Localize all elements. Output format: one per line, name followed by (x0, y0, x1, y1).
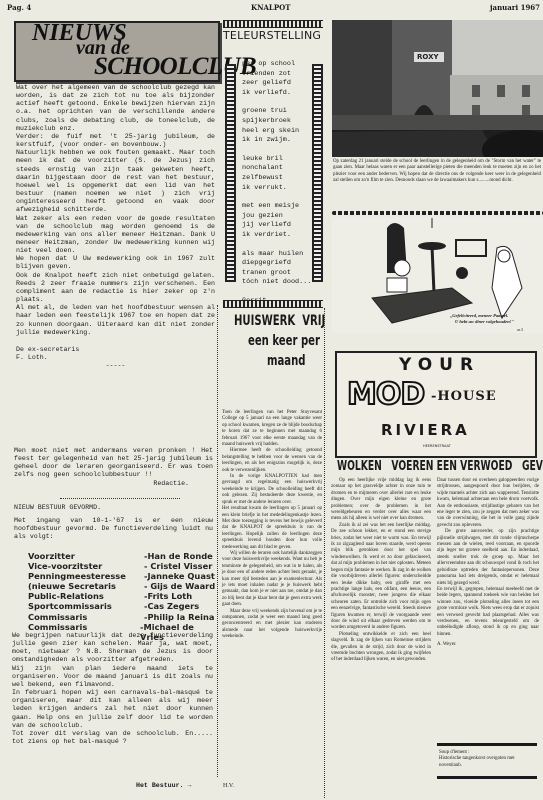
paragraph: Wij willen de leraren ook hartelijk dank… (222, 551, 322, 609)
stanza: als maar huilendiepgegriefdtranen groott… (242, 250, 314, 288)
clouds-headline: WOLKEN VOEREN EEN VERWOED GEVECHT (337, 458, 543, 474)
poem-line: tóch niet dood... (242, 278, 314, 288)
schoolclub-title-box: NIEUWS van de SCHOOLCLUB (14, 21, 220, 82)
homework-signature: H.V. (223, 783, 234, 789)
paragraph: Toen de leerlingen van het Peter Stuyves… (222, 410, 322, 448)
poem-line: spijkerbroek (242, 117, 314, 127)
board-signature-text: Het Bestuur. (136, 782, 183, 789)
board-role-row: Vice-voorzitster- Cristel Visser (28, 561, 218, 571)
paragraph: We hopen dat U Uw medewerking ook in 196… (16, 255, 215, 271)
paragraph: Natuurlijk hebben we ook fouten gemaakt.… (16, 149, 215, 214)
editorial-text: Men moet niet met andermans veren pronke… (14, 447, 213, 480)
board-role-row: Commissaris-Philip la Reina (28, 612, 218, 622)
ad-house: -HOUSE (431, 389, 497, 404)
poem-line: ik verdriet. (242, 231, 314, 241)
new-board-intro: Met ingang van 10-1-'67 is er een nieuw … (14, 517, 213, 541)
issue-date: januari 1967 (490, 3, 540, 12)
cartoon-caption: „Gefeliciteerd, meneer Pampel. U hebt uw… (450, 313, 514, 325)
stanza: leuke brilnonchalantzelfbewustik verrukt… (242, 155, 314, 193)
poem-line: ik verliefd. (242, 89, 314, 99)
soup-text: Historische tangenkorst overgoten met no… (439, 756, 537, 769)
arrow-right-icon: → (183, 782, 191, 789)
stanza: pas op schoolvrienden zotzeer geliefdik … (242, 60, 314, 98)
poem-line: diepgegriefd (242, 259, 314, 269)
column-divider (324, 308, 325, 798)
poem-line: leuke bril (242, 155, 314, 165)
paragraph: Wij zijn van plan iedere maand iets te o… (12, 665, 213, 689)
paragraph: Maar deze vrij weekends zijn bovenal om … (222, 609, 322, 641)
member: - Gijs de Waard (144, 581, 215, 591)
poem-line: zeer geliefd (242, 79, 314, 89)
stanza: met een meisjejou gezienjij verliefdik v… (242, 202, 314, 240)
clouds-column-2: Daar tussen door en overheen galoppeerde… (437, 478, 539, 649)
divider-line (437, 743, 537, 746)
new-board-heading: NIEUW BESTUUR GEVORMD. (14, 504, 213, 512)
clouds-column-1: Op een heerlijke vrije middag lag ik een… (331, 478, 431, 664)
paragraph: In februari hopen wij een carnavals-bal-… (12, 689, 213, 730)
poem-line: jou gezien (242, 212, 314, 222)
member: -Janneke Quast (144, 571, 215, 581)
board-role-row: Penningmeesteresse-Janneke Quast (28, 571, 218, 581)
member: -Philip la Reina (144, 612, 215, 622)
ad-riviera: RIVIERA (381, 421, 470, 439)
film-strip-left (225, 64, 236, 282)
role: Sportcommissaris (28, 601, 144, 611)
paragraph: Tot zover dit verslag van de schoolclub.… (12, 730, 213, 746)
paragraph: Daar tussen door en overheen galoppeerde… (437, 478, 539, 529)
paragraph: Wat zeker als een reden voor de goede re… (16, 215, 215, 256)
paragraph: We begrijpen natuurlijk dat deze functie… (12, 632, 213, 665)
ad-small-print: HEERENSTRAAT (423, 444, 451, 448)
role: Commissaris (28, 612, 144, 622)
divider-line (437, 776, 537, 779)
role: (nieuwe Secretaris (28, 581, 144, 591)
new-board-body: We begrijpen natuurlijk dat deze functie… (12, 632, 213, 746)
poem-line: met een meisje (242, 202, 314, 212)
poem-line: ik verrukt. (242, 184, 314, 194)
column-divider (217, 305, 218, 777)
paragraph: Ook de Knalpot heeft zich niet onbetuigd… (16, 272, 215, 305)
dotted-divider (60, 498, 180, 499)
clouds-signature: A. Weyer. (437, 642, 539, 648)
signature-role: De ex-secretaris (16, 346, 215, 354)
editorial-signature: Redactie. (14, 480, 213, 488)
signature-name: F. Loth. (16, 354, 215, 362)
board-role-row: (nieuwe Secretaris- Gijs de Waard (28, 581, 218, 591)
headline-line: een keer per (248, 333, 303, 349)
homework-article: Toen de leerlingen van het Peter Stuyves… (222, 410, 322, 641)
soup-note: Soup d'lement : Historische tangenkorst … (439, 750, 537, 769)
poem-line: ik in zwijm. (242, 136, 314, 146)
role: Voorzitter (28, 551, 144, 561)
stanza: groene truispijkerbroekheel erg skeinik … (242, 107, 314, 145)
poem-teleurstelling: TELEURSTELLING pas op schoolvrienden zot… (223, 20, 323, 272)
poem-title: TELEURSTELLING (223, 29, 323, 42)
cartoon-signature: ar.3 (517, 327, 523, 333)
cartoon-illustration: „Gefeliciteerd, meneer Pampel. U hebt uw… (332, 218, 543, 333)
poem-line: tranen groot (242, 269, 314, 279)
poem-line: heel erg skein (242, 127, 314, 137)
paragraph: Plotseling ontwikkelde er zich een heel … (331, 632, 431, 664)
decorative-border (223, 20, 323, 28)
member: -Cas Zegers (144, 601, 199, 611)
new-board-article: NIEUW BESTUUR GEVORMD. Met ingang van 10… (14, 504, 213, 542)
decorative-border (223, 300, 323, 308)
role: Vice-voorzitster (28, 561, 144, 571)
chain-divider (332, 211, 543, 215)
paragraph: In de vorige KNALPOTTEN had men gevraagd… (222, 474, 322, 506)
poem-line: als maar huilen (242, 250, 314, 260)
poem-line: zelfbewust (242, 174, 314, 184)
schoolclub-article: Wat over het algemeen van de schoolclub … (16, 84, 215, 370)
headline-line: maand (267, 353, 308, 369)
role: Public-Relations (28, 591, 144, 601)
page-number: Pag. 4 (7, 3, 31, 12)
paragraph: En terwijl ik, gegrepen, helemaal meelee… (437, 587, 539, 638)
board-role-row: Public-Relations-Frits Loth (28, 591, 218, 601)
poem-line: nonchalant (242, 164, 314, 174)
caption-line: U hebt uw diner volgehouden!" (450, 319, 514, 325)
paragraph: Op een heerlijke vrije middag lag ik een… (331, 478, 431, 523)
roxy-cinema-photo: ROXY (332, 20, 543, 157)
paragraph: Zoals ik al zei was het een heerlijke mi… (331, 523, 431, 632)
roxy-sign: ROXY (417, 53, 439, 61)
ad-mod: MOD (347, 377, 424, 412)
ad-your: YOUR (399, 355, 480, 375)
paragraph: Het resultaat kwam de leerlingen op 5 ja… (222, 506, 322, 551)
member: - Cristel Visser (144, 561, 212, 571)
member: -Han de Ronde (144, 551, 213, 561)
poem-line: pas op school (242, 60, 314, 70)
divider: ----- (16, 362, 215, 370)
paragraph: Verder: de fuif met 't 25-jarig jubileum… (16, 133, 215, 149)
photo-caption: Op zaterdag 21 januari stelde de school … (333, 159, 541, 184)
poem-line: vrienden zot (242, 70, 314, 80)
poem-line: groene trui (242, 107, 314, 117)
headline-line: HUISWERK VRIJ (234, 313, 299, 329)
board-signature: Het Bestuur. → (136, 782, 191, 790)
paragraph: Al met al, de leden van het hoofdbestuur… (16, 304, 215, 337)
mod-house-riviera-ad: YOUR MOD -HOUSE RIVIERA HEERENSTRAAT (335, 351, 537, 458)
board-roles-table: Voorzitter-Han de Ronde Vice-voorzitster… (28, 551, 218, 642)
photo-image (332, 20, 543, 157)
paragraph: De grote aanvoerder, op zijn prachtige p… (437, 529, 539, 587)
board-role-row: Sportcommissaris-Cas Zegers (28, 601, 218, 611)
board-role-row: Voorzitter-Han de Ronde (28, 551, 218, 561)
homework-headline: HUISWERK VRIJ een keer per maand (234, 313, 324, 369)
editorial-note: Men moet niet met andermans veren pronke… (14, 447, 213, 488)
member: -Frits Loth (144, 591, 192, 601)
poem-line: jij verliefd (242, 221, 314, 231)
poem-body: pas op schoolvrienden zotzeer geliefdik … (242, 60, 314, 306)
role: Penningmeesteresse (28, 571, 144, 581)
paragraph: Hiermee heeft de schoolleiding getoond b… (222, 448, 322, 474)
paragraph: Wat over het algemeen van de schoolclub … (16, 84, 215, 133)
publication-name: KNALPOT (251, 3, 290, 12)
